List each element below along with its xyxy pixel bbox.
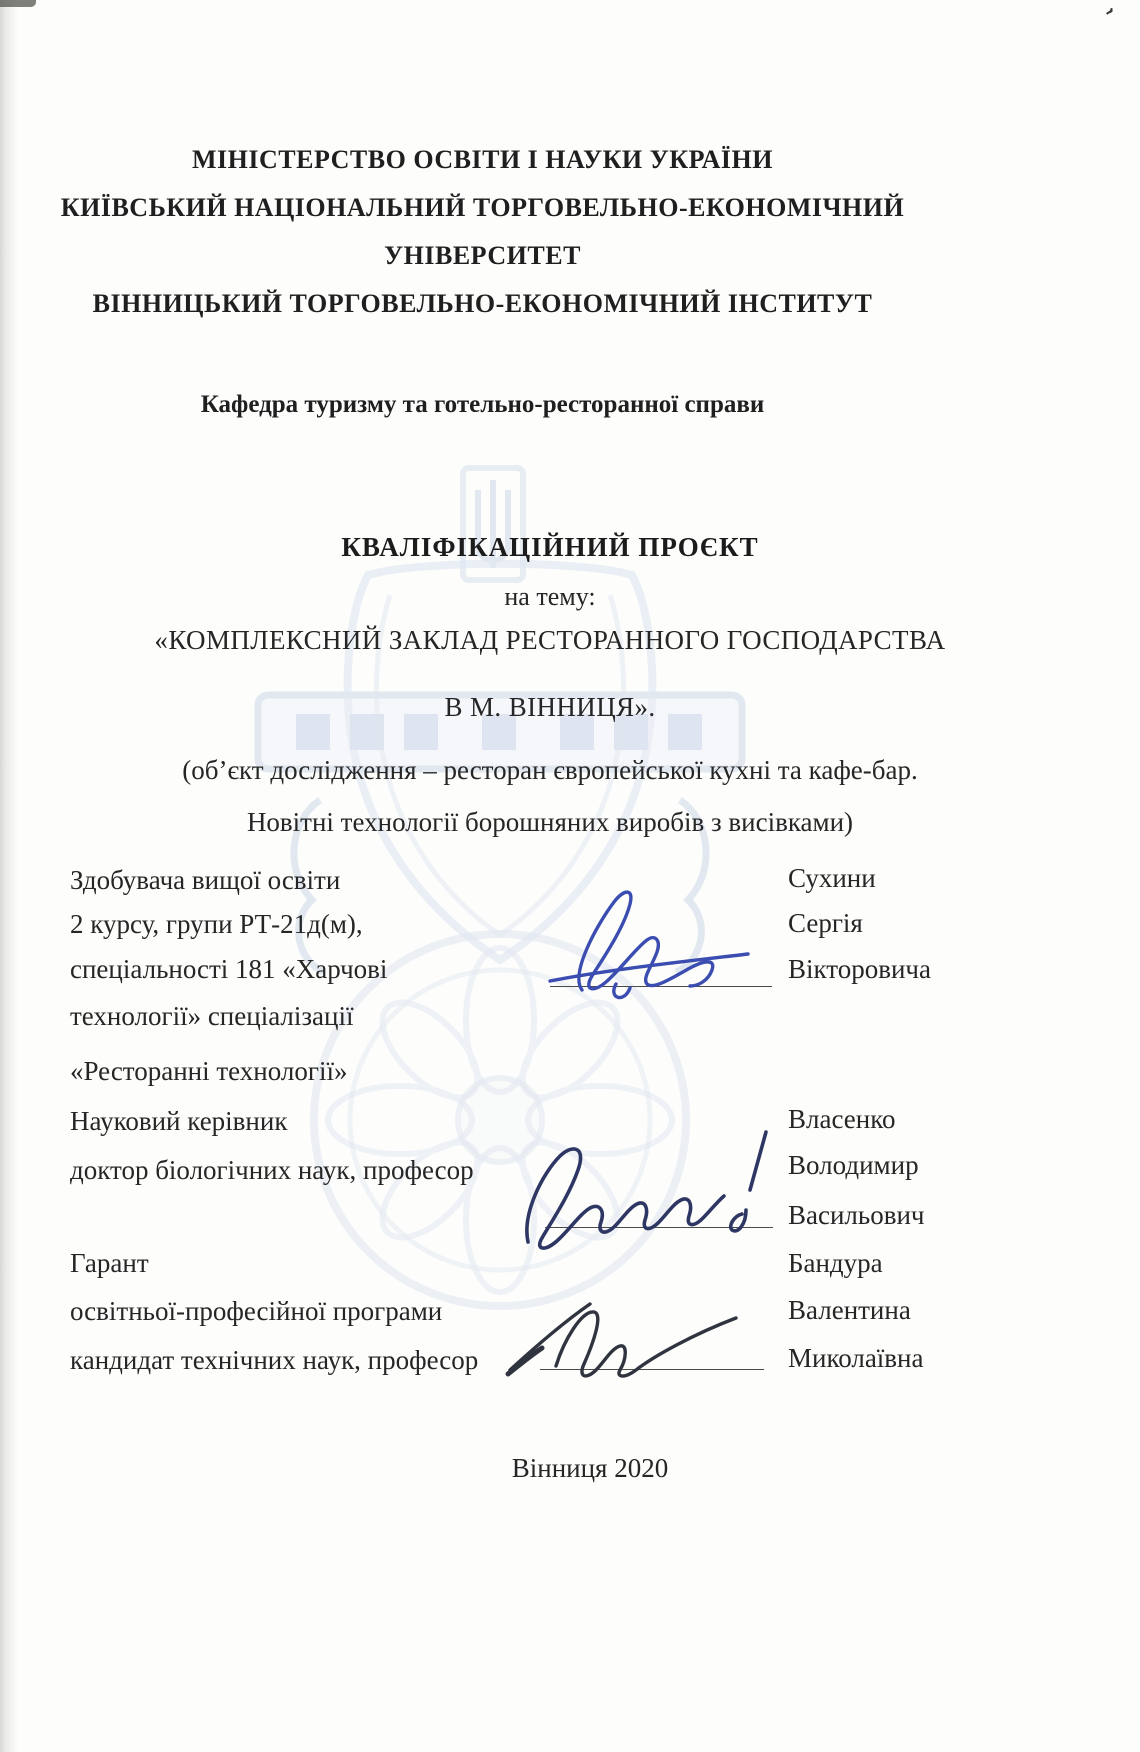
guarantor-role-line: освітньої-професійної програми xyxy=(70,1293,442,1329)
supervisor-role-line: Науковий керівник xyxy=(70,1103,287,1139)
research-object-line2: Новітні технології борошняних виробів з … xyxy=(70,804,1030,840)
student-name-line: Сергія xyxy=(788,905,863,941)
student-role-line: «Ресторанні технології» xyxy=(70,1053,347,1089)
student-role-line: 2 курсу, групи РТ-21д(м), xyxy=(70,906,363,942)
work-type-title: КВАЛІФІКАЦІЙНИЙ ПРОЄКТ xyxy=(70,529,1030,565)
guarantor-name-line: Бандура xyxy=(788,1245,883,1281)
supervisor-name-line: Володимир xyxy=(788,1147,919,1183)
guarantor-signature-ink xyxy=(498,1282,748,1382)
scanned-title-page: МІНІСТЕРСТВО ОСВІТИ І НАУКИ УКРАЇНИ КИЇВ… xyxy=(0,0,1140,1752)
supervisor-name-line: Власенко xyxy=(788,1101,895,1137)
topic-label: на тему: xyxy=(70,579,1030,615)
student-role-line: спеціальності 181 «Харчові xyxy=(70,951,387,987)
guarantor-role-line: кандидат технічних наук, професор xyxy=(70,1342,478,1378)
department-line: Кафедра туризму та готельно-ресторанної … xyxy=(0,387,965,423)
guarantor-role-line: Гарант xyxy=(70,1245,149,1281)
student-name-line: Вікторовича xyxy=(788,951,931,987)
supervisor-signature-ink xyxy=(508,1118,798,1258)
student-signature-ink xyxy=(520,878,780,1006)
institute-line: ВІННИЦЬКИЙ ТОРГОВЕЛЬНО-ЕКОНОМІЧНИЙ ІНСТИ… xyxy=(0,286,965,322)
scan-speck xyxy=(1104,6,1116,18)
supervisor-name-line: Васильович xyxy=(788,1197,925,1233)
supervisor-role-line: доктор біологічних наук, професор xyxy=(70,1152,474,1188)
scan-corner-shadow xyxy=(0,0,36,7)
student-role-line: технології» спеціалізації xyxy=(70,998,354,1034)
ministry-line: МІНІСТЕРСТВО ОСВІТИ І НАУКИ УКРАЇНИ xyxy=(0,142,965,178)
topic-title-line2: В М. ВІННИЦЯ». xyxy=(70,689,1030,725)
guarantor-name-line: Валентина xyxy=(788,1292,911,1328)
student-name-line: Сухини xyxy=(788,860,876,896)
university-name-line1: КИЇВСЬКИЙ НАЦІОНАЛЬНИЙ ТОРГОВЕЛЬНО-ЕКОНО… xyxy=(0,190,965,226)
university-name-line2: УНІВЕРСИТЕТ xyxy=(0,238,965,274)
guarantor-name-line: Миколаївна xyxy=(788,1340,924,1376)
research-object-line1: (об’єкт дослідження – ресторан європейсь… xyxy=(70,752,1030,788)
city-year-line: Вінниця 2020 xyxy=(40,1450,1140,1486)
topic-title-line1: «КОМПЛЕКСНИЙ ЗАКЛАД РЕСТОРАННОГО ГОСПОДА… xyxy=(70,622,1030,658)
student-role-line: Здобувача вищої освіти xyxy=(70,862,340,898)
